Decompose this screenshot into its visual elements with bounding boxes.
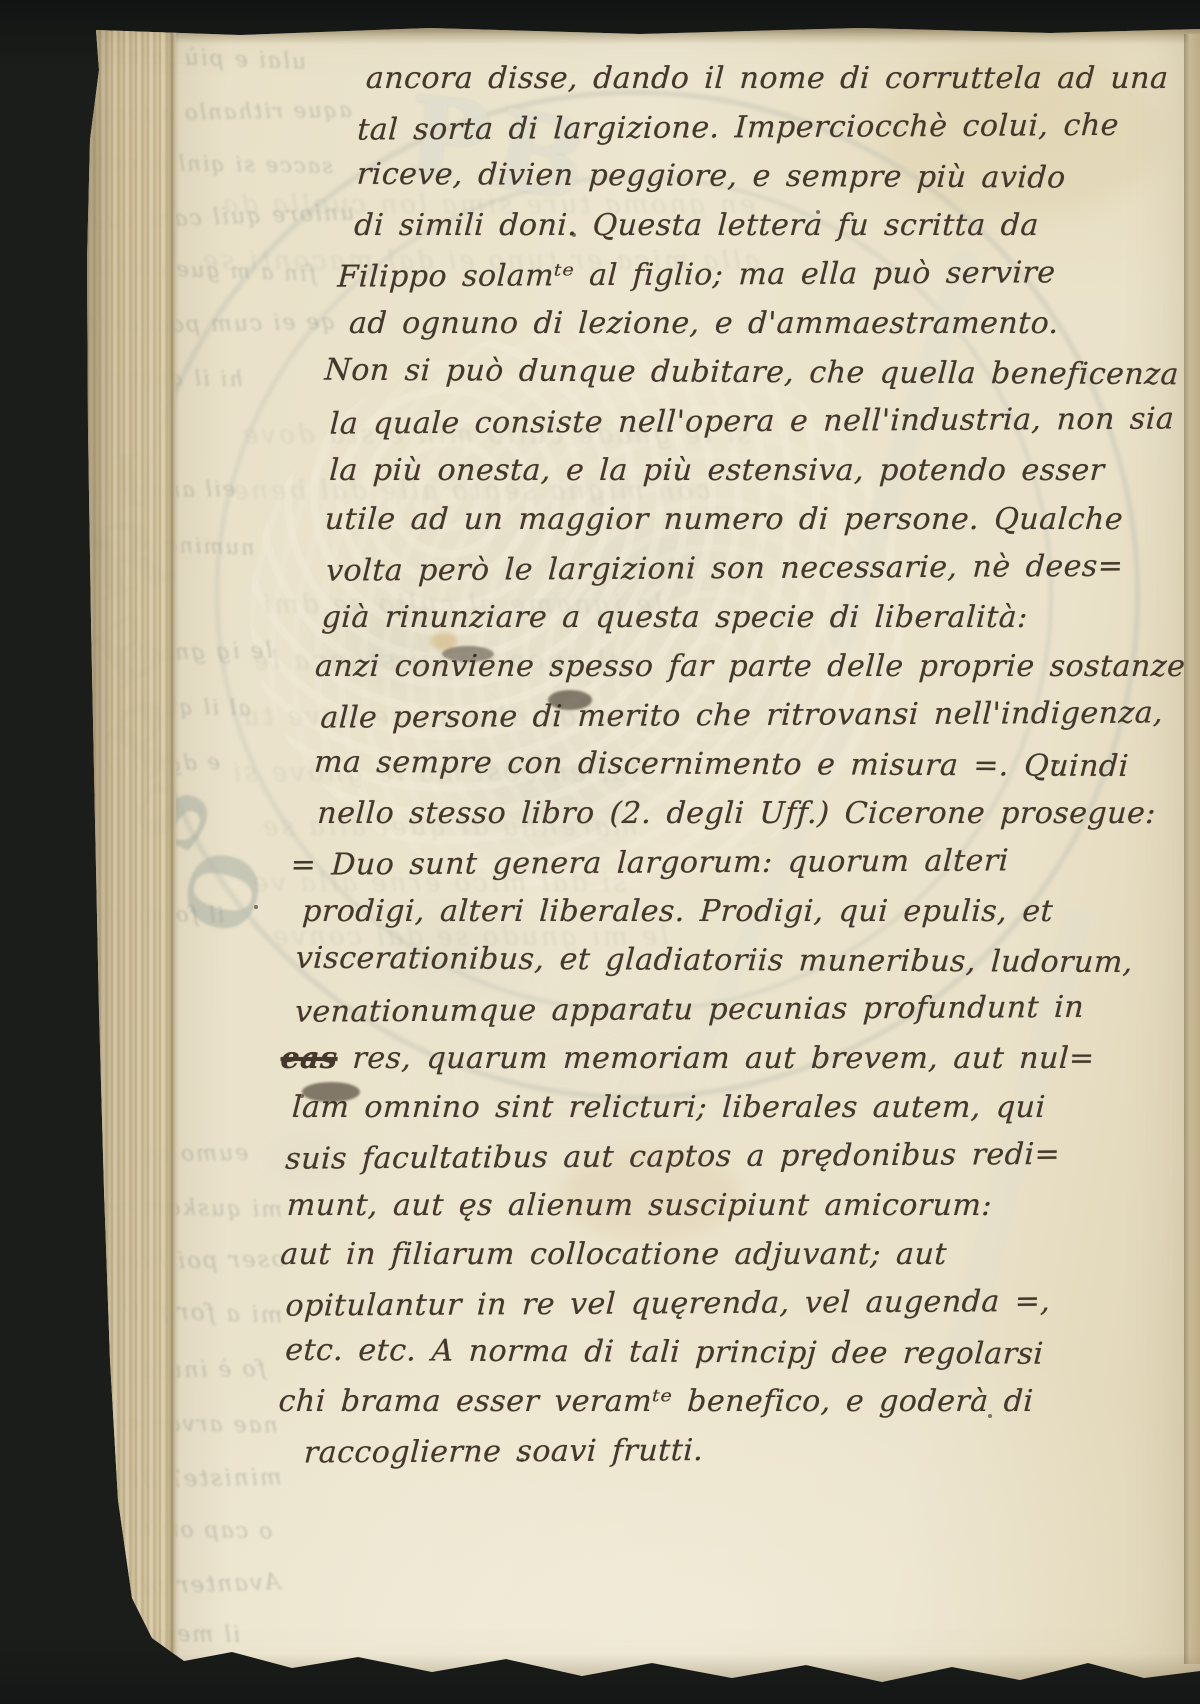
manuscript-page: IREPSOPB ulai e più folantiaque rithanlo… (0, 0, 1200, 1704)
manuscript-scan: IREPSOPB ulai e più folantiaque rithanlo… (0, 0, 1200, 1704)
paper-vignette (0, 0, 1200, 1704)
